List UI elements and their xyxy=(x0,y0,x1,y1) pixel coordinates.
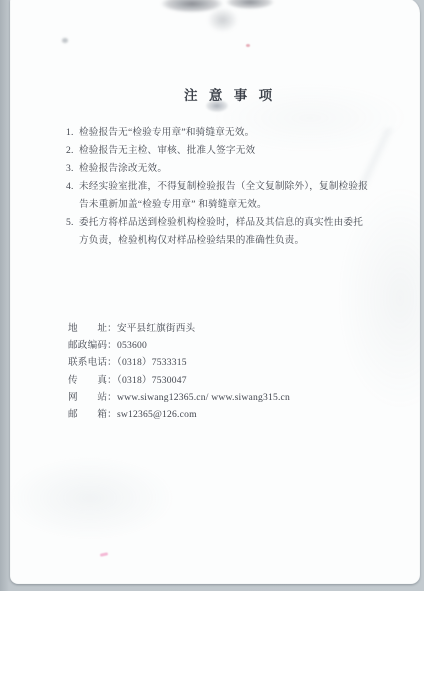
note-item-2: 2. 检验报告无主检、审核、批准人签字无效 xyxy=(66,142,372,160)
page-title: 注 意 事 项 xyxy=(184,84,294,104)
note-item-4: 4. 未经实验室批准，不得复制检验报告（全文复制除外），复制检验报告未重新加盖“… xyxy=(66,178,372,214)
note-item-1: 1. 检验报告无“检验专用章”和骑缝章无效。 xyxy=(66,124,372,142)
red-speck xyxy=(246,44,250,47)
gray-speck xyxy=(62,38,68,43)
pink-mark xyxy=(100,552,108,557)
note-number: 1. xyxy=(66,124,79,142)
ink-smudge-top-left xyxy=(156,0,228,17)
contact-phone: 联系电话：（0318）7533315 xyxy=(68,354,368,371)
note-number: 4. xyxy=(66,178,79,214)
note-item-3: 3. 检验报告涂改无效。 xyxy=(66,160,372,178)
note-number: 2. xyxy=(66,142,79,160)
note-text: 检验报告无主检、审核、批准人签字无效 xyxy=(79,142,372,160)
contact-block: 地 址：安平县红旗街西头 邮政编码：053600 联系电话：（0318）7533… xyxy=(68,320,368,423)
contact-website: 网 站：www.siwang12365.cn/ www.siwang315.cn xyxy=(68,389,368,406)
note-text: 检验报告涂改无效。 xyxy=(79,160,372,178)
note-item-5: 5. 委托方将样品送到检验机构检验时，样品及其信息的真实性由委托方负责，检验机构… xyxy=(66,214,372,250)
notes-list: 1. 检验报告无“检验专用章”和骑缝章无效。 2. 检验报告无主检、审核、批准人… xyxy=(66,124,372,250)
note-number: 5. xyxy=(66,214,79,250)
note-text: 委托方将样品送到检验机构检验时，样品及其信息的真实性由委托方负责，检验机构仅对样… xyxy=(79,214,372,250)
contact-address: 地 址：安平县红旗街西头 xyxy=(68,320,368,337)
note-text: 检验报告无“检验专用章”和骑缝章无效。 xyxy=(79,124,372,142)
contact-fax: 传 真：（0318）7530047 xyxy=(68,372,368,389)
contact-postcode: 邮政编码：053600 xyxy=(68,337,368,354)
note-number: 3. xyxy=(66,160,79,178)
ink-smudge-top-right xyxy=(222,0,278,12)
contact-email: 邮 箱：sw12365@126.com xyxy=(68,406,368,423)
scanned-document-screenshot: 注 意 事 项 1. 检验报告无“检验专用章”和骑缝章无效。 2. 检验报告无主… xyxy=(0,0,424,700)
ink-smudge-tail xyxy=(202,8,248,38)
note-text: 未经实验室批准，不得复制检验报告（全文复制除外），复制检验报告未重新加盖“检验专… xyxy=(79,178,372,214)
